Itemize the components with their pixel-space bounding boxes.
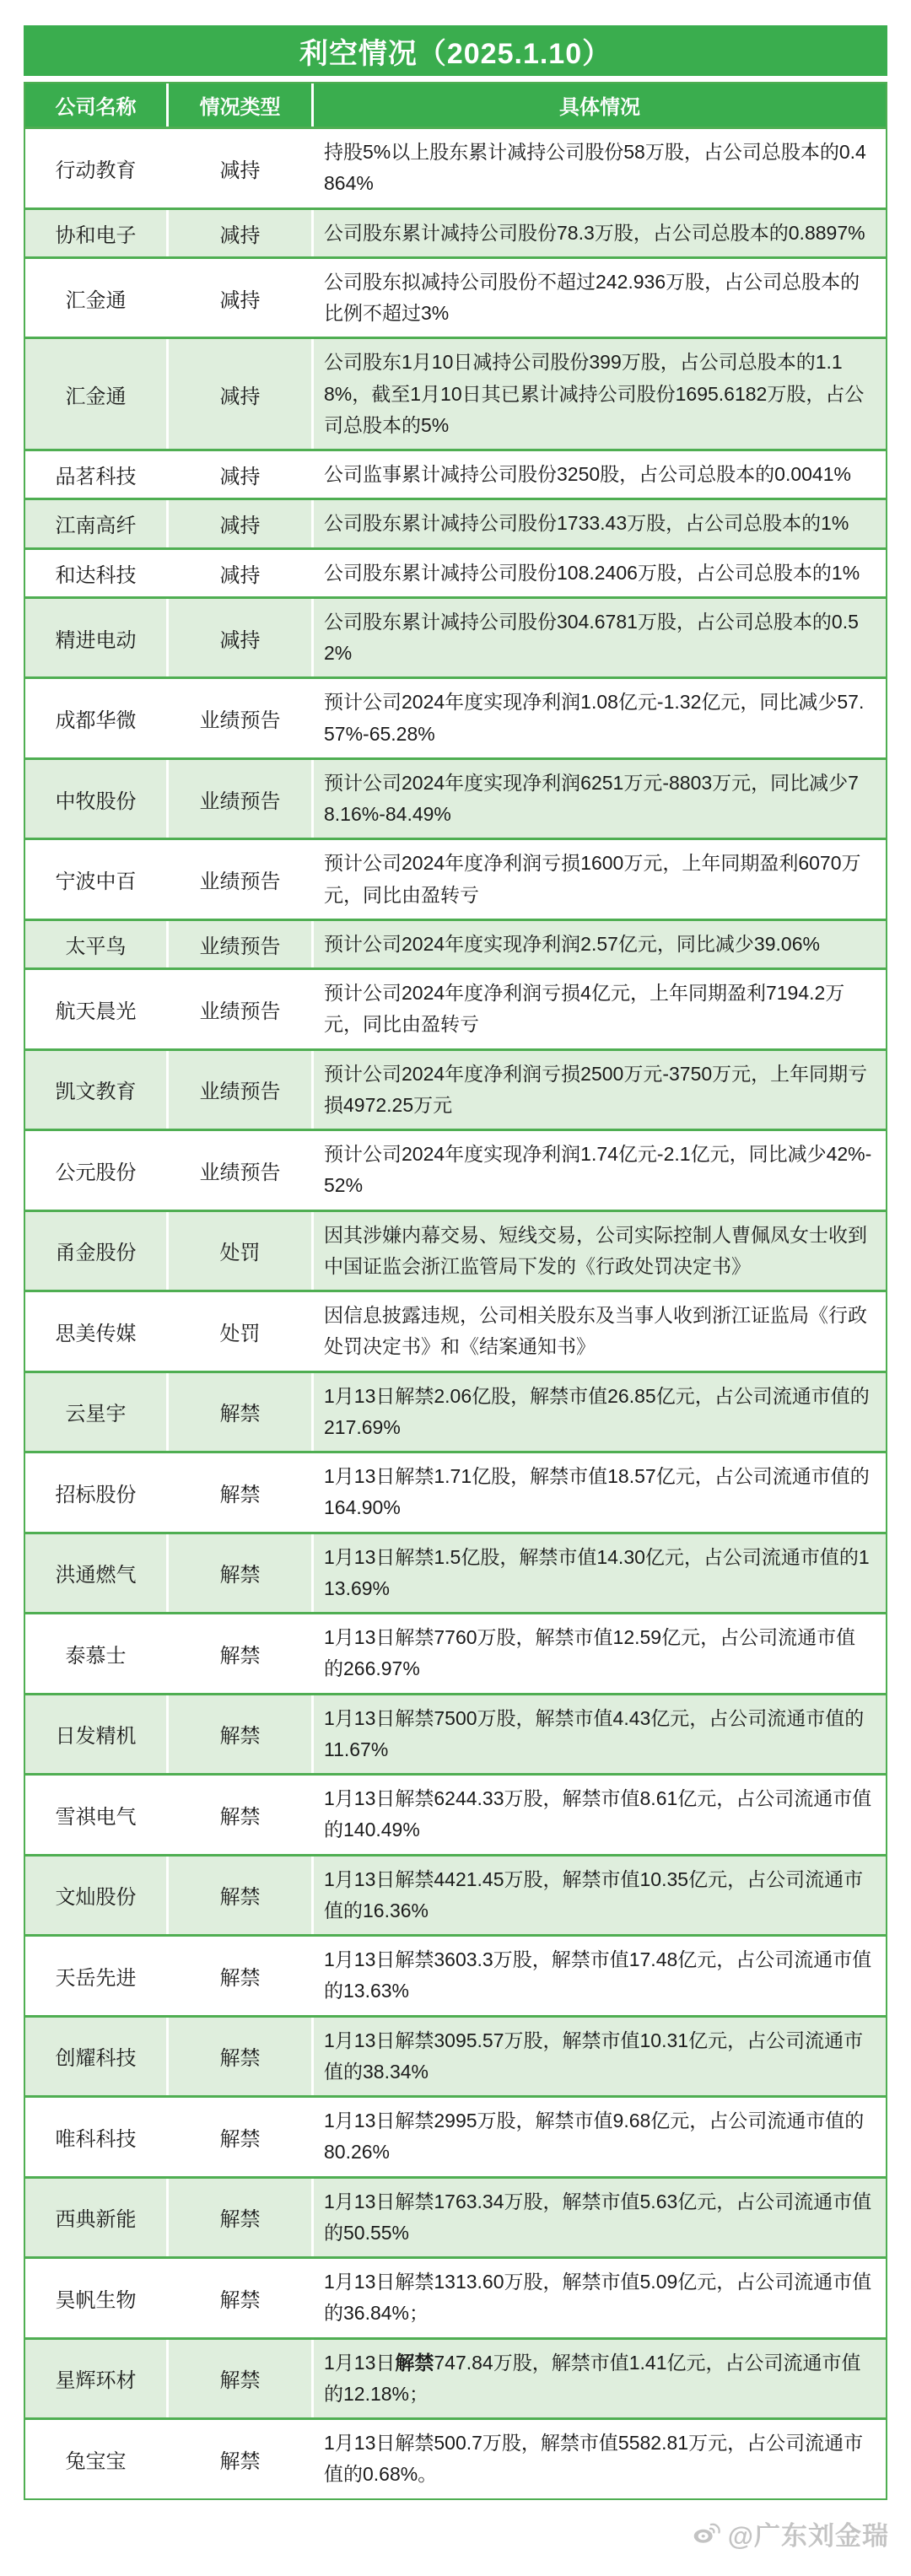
table-row: 航天晨光业绩预告预计公司2024年度净利润亏损4亿元，上年同期盈利7194.2万… xyxy=(25,970,886,1051)
company-name-cell: 西典新能 xyxy=(25,2179,169,2257)
column-header-detail: 具体情况 xyxy=(314,84,886,127)
company-name-cell: 泰慕士 xyxy=(25,1614,169,1693)
company-name-cell: 协和电子 xyxy=(25,210,169,256)
detail-cell: 预计公司2024年度实现净利润1.08亿元-1.32亿元，同比减少57.57%-… xyxy=(314,679,886,757)
detail-cell: 1月13日解禁7500万股，解禁市值4.43亿元，占公司流通市值的11.67% xyxy=(314,1695,886,1774)
table-row: 云星宇解禁1月13日解禁2.06亿股，解禁市值26.85亿元，占公司流通市值的2… xyxy=(25,1373,886,1454)
detail-cell: 预计公司2024年度净利润亏损1600万元，上年同期盈利6070万元，同比由盈转… xyxy=(314,840,886,919)
table-row: 行动教育减持持股5%以上股东累计减持公司股份58万股，占公司总股本的0.4864… xyxy=(25,129,886,210)
situation-type-cell: 减持 xyxy=(169,550,314,596)
company-name-cell: 招标股份 xyxy=(25,1453,169,1532)
situation-type-cell: 解禁 xyxy=(169,2018,314,2096)
detail-cell: 1月13日解禁6244.33万股，解禁市值8.61亿元，占公司流通市值的140.… xyxy=(314,1776,886,1854)
company-name-cell: 行动教育 xyxy=(25,129,169,207)
company-name-cell: 汇金通 xyxy=(25,259,169,337)
column-header-company: 公司名称 xyxy=(25,84,169,127)
company-name-cell: 和达科技 xyxy=(25,550,169,596)
column-header-type: 情况类型 xyxy=(169,84,314,127)
detail-cell: 公司股东1月10日减持公司股份399万股，占公司总股本的1.18%，截至1月10… xyxy=(314,339,886,449)
situation-type-cell: 业绩预告 xyxy=(169,760,314,838)
table-row: 西典新能解禁1月13日解禁1763.34万股，解禁市值5.63亿元，占公司流通市… xyxy=(25,2179,886,2260)
watermark: @广东刘金瑞 xyxy=(691,2514,889,2552)
detail-cell: 因信息披露违规，公司相关股东及当事人收到浙江证监局《行政处罚决定书》和《结案通知… xyxy=(314,1292,886,1371)
table-row: 创耀科技解禁1月13日解禁3095.57万股，解禁市值10.31亿元，占公司流通… xyxy=(25,2018,886,2099)
company-name-cell: 中牧股份 xyxy=(25,760,169,838)
table-row: 汇金通减持公司股东1月10日减持公司股份399万股，占公司总股本的1.18%，截… xyxy=(25,339,886,451)
detail-cell: 持股5%以上股东累计减持公司股份58万股，占公司总股本的0.4864% xyxy=(314,129,886,207)
situation-type-cell: 减持 xyxy=(169,339,314,449)
table-row: 招标股份解禁1月13日解禁1.71亿股，解禁市值18.57亿元，占公司流通市值的… xyxy=(25,1453,886,1534)
situation-type-cell: 解禁 xyxy=(169,1857,314,1935)
situation-type-cell: 业绩预告 xyxy=(169,921,314,967)
company-name-cell: 文灿股份 xyxy=(25,1857,169,1935)
table-row: 星辉环材解禁1月13日解禁747.84万股，解禁市值1.41亿元，占公司流通市值… xyxy=(25,2340,886,2421)
table-row: 思美传媒处罚因信息披露违规，公司相关股东及当事人收到浙江证监局《行政处罚决定书》… xyxy=(25,1292,886,1373)
situation-type-cell: 减持 xyxy=(169,599,314,677)
detail-cell: 1月13日解禁7760万股，解禁市值12.59亿元，占公司流通市值的266.97… xyxy=(314,1614,886,1693)
company-name-cell: 雪祺电气 xyxy=(25,1776,169,1854)
table-row: 日发精机解禁1月13日解禁7500万股，解禁市值4.43亿元，占公司流通市值的1… xyxy=(25,1695,886,1776)
company-name-cell: 唯科科技 xyxy=(25,2098,169,2176)
watermark-text: @广东刘金瑞 xyxy=(728,2514,889,2552)
table-row: 成都华微业绩预告预计公司2024年度实现净利润1.08亿元-1.32亿元，同比减… xyxy=(25,679,886,760)
company-name-cell: 太平鸟 xyxy=(25,921,169,967)
company-name-cell: 天岳先进 xyxy=(25,1937,169,2015)
detail-cell: 公司监事累计减持公司股份3250股，占公司总股本的0.0041% xyxy=(314,451,886,498)
page-title: 利空情况（2025.1.10） xyxy=(24,25,887,76)
situation-type-cell: 减持 xyxy=(169,259,314,337)
company-name-cell: 精进电动 xyxy=(25,599,169,677)
situation-type-cell: 解禁 xyxy=(169,2259,314,2337)
table-row: 雪祺电气解禁1月13日解禁6244.33万股，解禁市值8.61亿元，占公司流通市… xyxy=(25,1776,886,1857)
detail-cell: 1月13日解禁1.71亿股，解禁市值18.57亿元，占公司流通市值的164.90… xyxy=(314,1453,886,1532)
table-row: 文灿股份解禁1月13日解禁4421.45万股，解禁市值10.35亿元，占公司流通… xyxy=(25,1857,886,1937)
situation-type-cell: 减持 xyxy=(169,210,314,256)
company-name-cell: 创耀科技 xyxy=(25,2018,169,2096)
table-row: 唯科科技解禁1月13日解禁2995万股，解禁市值9.68亿元，占公司流通市值的8… xyxy=(25,2098,886,2179)
table-row: 公元股份业绩预告预计公司2024年度实现净利润1.74亿元-2.1亿元，同比减少… xyxy=(25,1131,886,1212)
detail-cell: 因其涉嫌内幕交易、短线交易，公司实际控制人曹佩凤女士收到中国证监会浙江监管局下发… xyxy=(314,1212,886,1291)
table-row: 天岳先进解禁1月13日解禁3603.3万股，解禁市值17.48亿元，占公司流通市… xyxy=(25,1937,886,2018)
situation-type-cell: 解禁 xyxy=(169,2340,314,2418)
table-row: 协和电子减持公司股东累计减持公司股份78.3万股，占公司总股本的0.8897% xyxy=(25,210,886,259)
situation-type-cell: 解禁 xyxy=(169,1534,314,1613)
table-row: 兔宝宝解禁1月13日解禁500.7万股，解禁市值5582.81万元，占公司流通市… xyxy=(25,2420,886,2498)
company-name-cell: 洪通燃气 xyxy=(25,1534,169,1613)
table-row: 品茗科技减持公司监事累计减持公司股份3250股，占公司总股本的0.0041% xyxy=(25,451,886,500)
table-row: 甬金股份处罚因其涉嫌内幕交易、短线交易，公司实际控制人曹佩凤女士收到中国证监会浙… xyxy=(25,1212,886,1293)
situation-type-cell: 解禁 xyxy=(169,1937,314,2015)
company-name-cell: 品茗科技 xyxy=(25,451,169,498)
situation-type-cell: 业绩预告 xyxy=(169,679,314,757)
detail-cell: 公司股东累计减持公司股份78.3万股，占公司总股本的0.8897% xyxy=(314,210,886,256)
detail-cell: 1月13日解禁3603.3万股，解禁市值17.48亿元，占公司流通市值的13.6… xyxy=(314,1937,886,2015)
situation-type-cell: 解禁 xyxy=(169,1453,314,1532)
company-name-cell: 兔宝宝 xyxy=(25,2420,169,2498)
table-row: 和达科技减持公司股东累计减持公司股份108.2406万股，占公司总股本的1% xyxy=(25,550,886,599)
detail-cell: 1月13日解禁1.5亿股，解禁市值14.30亿元，占公司流通市值的113.69% xyxy=(314,1534,886,1613)
detail-cell: 预计公司2024年度实现净利润2.57亿元，同比减少39.06% xyxy=(314,921,886,967)
detail-cell: 预计公司2024年度实现净利润6251万元-8803万元，同比减少78.16%-… xyxy=(314,760,886,838)
situation-type-cell: 解禁 xyxy=(169,1373,314,1452)
situation-type-cell: 业绩预告 xyxy=(169,970,314,1048)
situation-type-cell: 处罚 xyxy=(169,1212,314,1291)
situation-type-cell: 解禁 xyxy=(169,1614,314,1693)
detail-cell: 预计公司2024年度净利润亏损4亿元，上年同期盈利7194.2万元，同比由盈转亏 xyxy=(314,970,886,1048)
weibo-icon xyxy=(691,2518,721,2548)
company-name-cell: 思美传媒 xyxy=(25,1292,169,1371)
detail-cell: 公司股东累计减持公司股份1733.43万股，占公司总股本的1% xyxy=(314,500,886,547)
detail-cell: 1月13日解禁4421.45万股，解禁市值10.35亿元，占公司流通市值的16.… xyxy=(314,1857,886,1935)
company-name-cell: 云星宇 xyxy=(25,1373,169,1452)
situation-type-cell: 解禁 xyxy=(169,1776,314,1854)
company-name-cell: 航天晨光 xyxy=(25,970,169,1048)
company-name-cell: 成都华微 xyxy=(25,679,169,757)
detail-cell: 预计公司2024年度实现净利润1.74亿元-2.1亿元，同比减少42%-52% xyxy=(314,1131,886,1210)
table-row: 洪通燃气解禁1月13日解禁1.5亿股，解禁市值14.30亿元，占公司流通市值的1… xyxy=(25,1534,886,1615)
detail-cell: 1月13日解禁3095.57万股，解禁市值10.31亿元，占公司流通市值的38.… xyxy=(314,2018,886,2096)
table-row: 精进电动减持公司股东累计减持公司股份304.6781万股，占公司总股本的0.52… xyxy=(25,599,886,680)
situation-type-cell: 解禁 xyxy=(169,2098,314,2176)
situation-type-cell: 解禁 xyxy=(169,2420,314,2498)
detail-cell: 1月13日解禁1763.34万股，解禁市值5.63亿元，占公司流通市值的50.5… xyxy=(314,2179,886,2257)
company-name-cell: 星辉环材 xyxy=(25,2340,169,2418)
situation-type-cell: 解禁 xyxy=(169,2179,314,2257)
table-row: 江南高纤减持公司股东累计减持公司股份1733.43万股，占公司总股本的1% xyxy=(25,500,886,549)
situation-type-cell: 处罚 xyxy=(169,1292,314,1371)
detail-cell: 公司股东累计减持公司股份304.6781万股，占公司总股本的0.52% xyxy=(314,599,886,677)
bearish-news-table: 公司名称 情况类型 具体情况 行动教育减持持股5%以上股东累计减持公司股份58万… xyxy=(24,82,887,2500)
company-name-cell: 甬金股份 xyxy=(25,1212,169,1291)
situation-type-cell: 减持 xyxy=(169,500,314,547)
detail-cell: 1月13日解禁2.06亿股，解禁市值26.85亿元，占公司流通市值的217.69… xyxy=(314,1373,886,1452)
detail-cell: 1月13日解禁1313.60万股，解禁市值5.09亿元，占公司流通市值的36.8… xyxy=(314,2259,886,2337)
situation-type-cell: 业绩预告 xyxy=(169,840,314,919)
situation-type-cell: 解禁 xyxy=(169,1695,314,1774)
situation-type-cell: 业绩预告 xyxy=(169,1131,314,1210)
detail-cell: 1月13日解禁500.7万股，解禁市值5582.81万元，占公司流通市值的0.6… xyxy=(314,2420,886,2498)
company-name-cell: 宁波中百 xyxy=(25,840,169,919)
company-name-cell: 昊帆生物 xyxy=(25,2259,169,2337)
table-row: 凯文教育业绩预告预计公司2024年度净利润亏损2500万元-3750万元，上年同… xyxy=(25,1051,886,1132)
company-name-cell: 公元股份 xyxy=(25,1131,169,1210)
situation-type-cell: 减持 xyxy=(169,451,314,498)
table-row: 宁波中百业绩预告预计公司2024年度净利润亏损1600万元，上年同期盈利6070… xyxy=(25,840,886,921)
page: 利空情况（2025.1.10） 公司名称 情况类型 具体情况 行动教育减持持股5… xyxy=(0,0,911,2576)
situation-type-cell: 减持 xyxy=(169,129,314,207)
situation-type-cell: 业绩预告 xyxy=(169,1051,314,1129)
table-row: 汇金通减持公司股东拟减持公司股份不超过242.936万股，占公司总股本的比例不超… xyxy=(25,259,886,340)
company-name-cell: 凯文教育 xyxy=(25,1051,169,1129)
table-body: 行动教育减持持股5%以上股东累计减持公司股份58万股，占公司总股本的0.4864… xyxy=(25,129,886,2498)
table-row: 太平鸟业绩预告预计公司2024年度实现净利润2.57亿元，同比减少39.06% xyxy=(25,921,886,970)
table-row: 中牧股份业绩预告预计公司2024年度实现净利润6251万元-8803万元，同比减… xyxy=(25,760,886,841)
detail-cell: 1月13日解禁2995万股，解禁市值9.68亿元，占公司流通市值的80.26% xyxy=(314,2098,886,2176)
table-row: 昊帆生物解禁1月13日解禁1313.60万股，解禁市值5.09亿元，占公司流通市… xyxy=(25,2259,886,2340)
company-name-cell: 汇金通 xyxy=(25,339,169,449)
company-name-cell: 日发精机 xyxy=(25,1695,169,1774)
detail-cell: 1月13日解禁747.84万股，解禁市值1.41亿元，占公司流通市值的12.18… xyxy=(314,2340,886,2418)
company-name-cell: 江南高纤 xyxy=(25,500,169,547)
detail-cell: 公司股东累计减持公司股份108.2406万股，占公司总股本的1% xyxy=(314,550,886,596)
table-row: 泰慕士解禁1月13日解禁7760万股，解禁市值12.59亿元，占公司流通市值的2… xyxy=(25,1614,886,1695)
detail-cell: 公司股东拟减持公司股份不超过242.936万股，占公司总股本的比例不超过3% xyxy=(314,259,886,337)
table-header-row: 公司名称 情况类型 具体情况 xyxy=(25,84,886,129)
detail-cell: 预计公司2024年度净利润亏损2500万元-3750万元，上年同期亏损4972.… xyxy=(314,1051,886,1129)
